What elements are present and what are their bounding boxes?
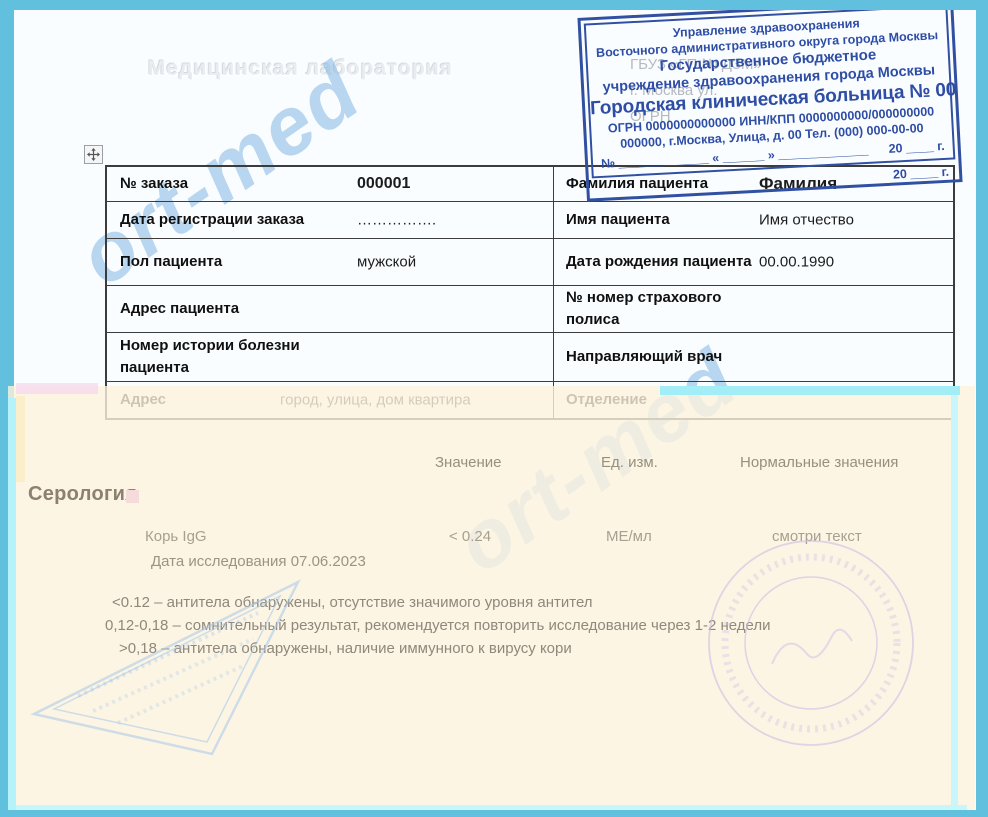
field-label: Имя пациента (554, 209, 766, 231)
test-value: < 0.24 (449, 528, 491, 545)
field-label: Адрес пациента (107, 298, 355, 320)
table-cell: № номер страхового полиса (554, 286, 953, 332)
field-value: ……………. (357, 212, 436, 229)
field-label: Дата регистрации заказа (107, 209, 355, 231)
field-value: 00.00.1990 (759, 253, 834, 270)
table-cell: № заказа 000001 (107, 167, 554, 201)
results-overlay-panel: Значение Ед. изм. Нормальные значения Се… (8, 386, 975, 810)
test-name: Корь IgG (145, 528, 207, 545)
table-move-handle-icon[interactable] (84, 145, 103, 164)
move-arrows-icon (87, 148, 100, 161)
table-cell: Номер истории болезни пациента (107, 333, 554, 380)
doctor-round-stamp-icon (702, 534, 920, 752)
serology-section-title: Серология (28, 483, 137, 506)
column-header-unit: Ед. изм. (601, 454, 658, 471)
table-cell: Дата рождения пациента 00.00.1990 (554, 239, 953, 285)
table-row: Адрес пациента № номер страхового полиса (107, 285, 953, 332)
field-value: 000001 (357, 175, 410, 193)
column-header-value: Значение (435, 454, 502, 471)
pink-highlight-square (126, 490, 139, 503)
patient-info-table: № заказа 000001 Фамилия пациента Фамилия… (105, 165, 955, 420)
test-unit: МЕ/мл (606, 528, 652, 545)
table-row: Дата регистрации заказа ……………. Имя пацие… (107, 201, 953, 237)
stamp-date-blank: 20 ____ г. (888, 139, 945, 156)
hospital-rect-stamp: Управление здравоохранения Восточного ад… (577, 10, 962, 202)
cyan-left-stripe (8, 398, 16, 810)
triangle-stamp-icon (18, 551, 348, 776)
field-label: Дата рождения пациента (554, 251, 766, 273)
yellow-stripe (16, 396, 25, 482)
table-cell: Имя пациента Имя отчество (554, 202, 953, 237)
table-cell: Направляющий врач (554, 333, 953, 380)
cyan-right-stripe (951, 395, 958, 806)
table-cell: Адрес пациента (107, 286, 554, 332)
field-value: Имя отчество (759, 212, 854, 229)
table-row: Пол пациента мужской Дата рождения пацие… (107, 238, 953, 285)
cyan-bottom-stripe (16, 805, 967, 810)
cyan-top-stripe (660, 386, 960, 395)
stamp-date-blank2: 20 ____ г. (893, 165, 950, 182)
pink-smudge (16, 383, 98, 394)
field-label: № номер страхового полиса (554, 287, 766, 331)
table-cell: Дата регистрации заказа ……………. (107, 202, 554, 237)
field-label: Номер истории болезни пациента (107, 335, 355, 379)
field-label: Направляющий врач (554, 346, 766, 368)
stamp-inner-frame: Управление здравоохранения Восточного ад… (584, 10, 956, 178)
column-header-normal: Нормальные значения (740, 454, 898, 471)
field-value: мужской (357, 253, 416, 270)
field-label: № заказа (107, 173, 355, 195)
table-cell: Пол пациента мужской (107, 239, 554, 285)
field-label: Пол пациента (107, 251, 355, 273)
screenshot-root: { "watermark_text": "ort-med", "document… (0, 0, 988, 817)
table-row: Номер истории болезни пациента Направляю… (107, 332, 953, 380)
